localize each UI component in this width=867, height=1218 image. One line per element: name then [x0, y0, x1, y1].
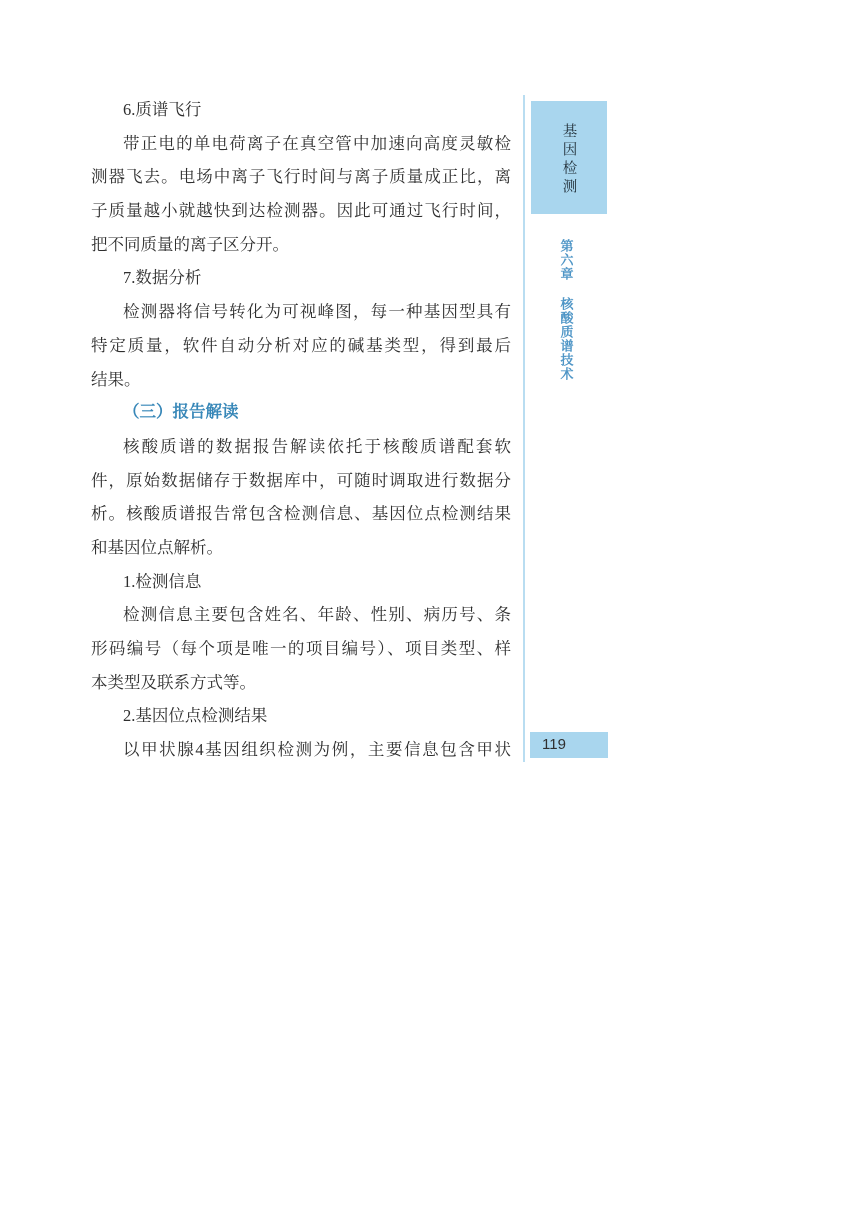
page-number-badge: 119	[530, 732, 608, 758]
text-line: 本类型及联系方式等。	[91, 666, 511, 700]
text-line: 析。核酸质谱报告常包含检测信息、基因位点检测结果	[91, 497, 511, 531]
numbered-heading-line: 6.质谱飞行	[91, 93, 511, 127]
numbered-heading-line: 7.数据分析	[91, 261, 511, 295]
text-line: 和基因位点解析。	[91, 531, 511, 565]
chapter-title: 核酸质谱技术	[557, 297, 576, 381]
chapter-tab: 基因检测	[531, 101, 607, 214]
text-line: 把不同质量的离子区分开。	[91, 228, 511, 262]
text-line: 测器飞去。电场中离子飞行时间与离子质量成正比，离	[91, 160, 511, 194]
chapter-tab-label: 基因检测	[559, 119, 580, 197]
text-line: 检测信息主要包含姓名、年龄、性别、病历号、条	[91, 598, 511, 632]
text-line: 形码编号（每个项是唯一的项目编号）、项目类型、样	[91, 632, 511, 666]
text-line: 特定质量，软件自动分析对应的碱基类型，得到最后	[91, 329, 511, 363]
numbered-heading-line: 1.检测信息	[91, 565, 511, 599]
text-line: 子质量越小就越快到达检测器。因此可通过飞行时间，	[91, 194, 511, 228]
book-page: 6.质谱飞行 带正电的单电荷离子在真空管中加速向高度灵敏检 测器飞去。电场中离子…	[0, 0, 867, 1218]
text-line: 以甲状腺4基因组织检测为例，主要信息包含甲状	[91, 733, 511, 767]
text-line: 带正电的单电荷离子在真空管中加速向高度灵敏检	[91, 127, 511, 161]
page-number: 119	[542, 736, 566, 753]
body-text: 6.质谱飞行 带正电的单电荷离子在真空管中加速向高度灵敏检 测器飞去。电场中离子…	[91, 93, 511, 767]
text-line: 检测器将信号转化为可视峰图，每一种基因型具有	[91, 295, 511, 329]
sidebar-rule	[523, 95, 525, 762]
text-line: 结果。	[91, 363, 511, 397]
chapter-number: 第六章	[557, 239, 576, 281]
chapter-title-vertical: 第六章 核酸质谱技术	[552, 239, 580, 381]
text-line: 件，原始数据储存于数据库中，可随时调取进行数据分	[91, 464, 511, 498]
numbered-heading-line: 2.基因位点检测结果	[91, 699, 511, 733]
text-line: 核酸质谱的数据报告解读依托于核酸质谱配套软	[91, 430, 511, 464]
section-heading-line: （三）报告解读	[91, 396, 511, 430]
